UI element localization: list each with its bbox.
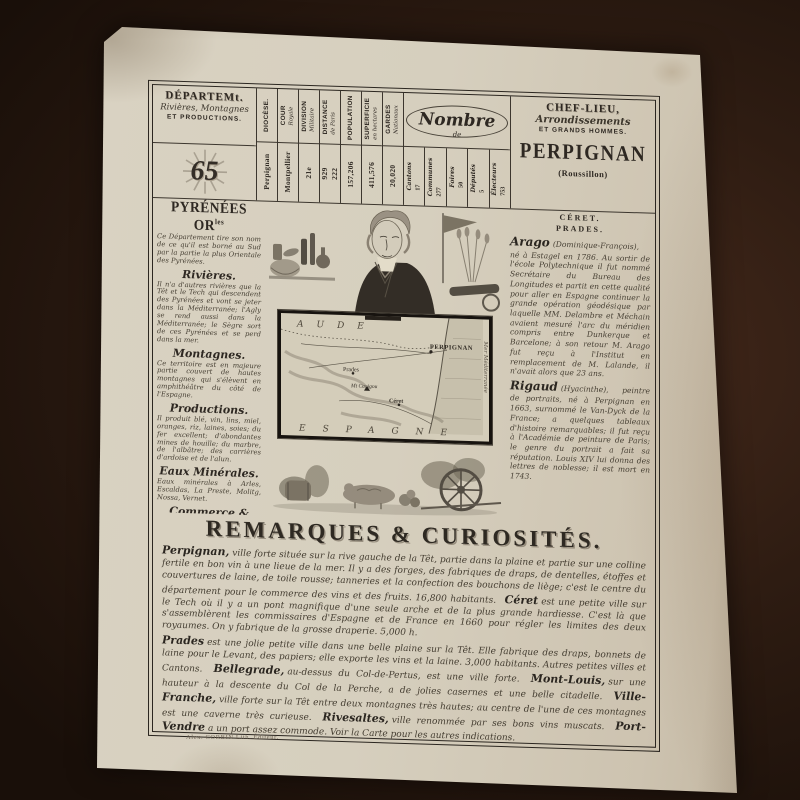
nombre-cantons: Cantons17 <box>404 147 425 206</box>
department-intro: Ce Département tire son nom de ce qu'il … <box>157 233 261 268</box>
gardes-value: 20,020 <box>388 164 398 187</box>
chef-lieu-cell: CHEF-LIEU, Arrondissements ET GRANDS HOM… <box>511 96 655 213</box>
map-sea-label: Mer Méditerranée <box>482 341 488 393</box>
map-cartouche <box>365 313 401 321</box>
map-place-canigou: Mt Canigou <box>351 383 377 390</box>
nombre-foires: Foires50 <box>447 148 468 207</box>
department-number: 65 <box>173 148 237 196</box>
produce-vignette <box>265 440 505 522</box>
map-terrain <box>281 313 483 435</box>
column-distance: DISTANCEde Paris 929222 <box>320 90 341 203</box>
cour-value: Montpellier <box>283 152 293 194</box>
portrait-arago <box>265 202 505 318</box>
lead-prades: Prades <box>162 633 204 647</box>
arrondissement-towns: CÉRET. PRADES. <box>510 210 650 237</box>
trophy-vignette <box>443 213 500 311</box>
population-value: 157,206 <box>346 161 356 188</box>
bust <box>355 210 435 315</box>
bio-rigaud-name: Rigaud <box>510 378 558 394</box>
nombre-ornament: Nombre de <box>406 103 509 138</box>
department-header-cell: DÉPARTEMt. Rivières, Montagnes ET PRODUC… <box>153 85 257 200</box>
column-population: POPULATION 157,206 <box>341 91 362 204</box>
department-name: PYRÉNÉES ORles <box>157 198 261 236</box>
header-table: DÉPARTEMt. Rivières, Montagnes ET PRODUC… <box>153 85 655 214</box>
distance-value2: 222 <box>330 168 340 180</box>
nombre-de: de <box>453 130 462 138</box>
diocese-value: Perpignan <box>262 153 272 189</box>
photo-background: DÉPARTEMt. Rivières, Montagnes ET PRODUC… <box>0 0 800 800</box>
division-value: 21e <box>304 167 314 179</box>
department-header-text: DÉPARTEMt. Rivières, Montagnes ET PRODUC… <box>153 85 256 146</box>
nombre-communes: Communes277 <box>425 148 446 207</box>
engraved-plate: DÉPARTEMt. Rivières, Montagnes ET PRODUC… <box>152 84 656 748</box>
nombre-deputes: Députés5 <box>468 149 489 208</box>
lead-perpignan: Perpignan, <box>162 543 229 558</box>
still-life-vignette <box>269 232 335 281</box>
nombre-electeurs: Électeurs753 <box>490 150 510 209</box>
bio-rigaud: Rigaud(Hyacinthe), peintre de portraits,… <box>510 378 650 485</box>
distance-value: 929 <box>320 167 330 179</box>
bio-arago: Arago(Dominique-François), né à Estagel … <box>510 235 650 381</box>
map-place-prades: Prades <box>343 367 359 374</box>
department-map: AUDE ESPAGNE Mer Méditerranée PERPIGNAN … <box>278 310 492 445</box>
column-gardes: GARDESNationaux 20,020 <box>383 92 404 205</box>
right-text-column: CÉRET. PRADES. Arago(Dominique-François)… <box>505 209 655 528</box>
department-number-block: 65 <box>153 143 256 200</box>
nombre-word: Nombre <box>419 109 496 131</box>
diocese-label: DIOCÈSE. <box>263 98 272 132</box>
nombre-group: Nombre de Cantons17 Communes277 Foires50… <box>404 93 511 208</box>
left-text-column: PYRÉNÉES ORles Ce Département tire son n… <box>153 198 265 516</box>
chef-lieu-city: PERPIGNAN <box>511 139 655 169</box>
bio-arago-name: Arago <box>510 235 550 250</box>
column-superficie: SUPERFICIEen hectares 411,576 <box>362 92 383 205</box>
province-name: (Roussillon) <box>511 166 655 181</box>
lead-ceret: Céret <box>505 593 539 607</box>
map-place-ceret: Céret <box>389 398 403 404</box>
map-place-perpignan: PERPIGNAN <box>430 344 473 352</box>
statistics-columns: DIOCÈSE. Perpignan COURRoyale Montpellie… <box>257 88 404 205</box>
middle-zone: PYRÉNÉES ORles Ce Département tire son n… <box>153 198 655 528</box>
lead-rivesaltes: Rivesaltes, <box>322 710 388 725</box>
column-diocese: DIOCÈSE. Perpignan <box>257 88 278 201</box>
remarks-section: Perpignan,ville forte située sur la rive… <box>153 542 655 747</box>
remarks-paragraph-2: Pradesest une jolie petite ville dans un… <box>162 633 646 746</box>
publisher-imprint: Alex. CORBIN Lith. Éditeur. <box>186 734 279 741</box>
superficie-value: 411,576 <box>367 162 377 188</box>
center-illustrations: AUDE ESPAGNE Mer Méditerranée PERPIGNAN … <box>265 202 505 524</box>
lead-mont-louis: Mont-Louis, <box>531 672 605 687</box>
column-cour: COURRoyale Montpellier <box>278 89 299 202</box>
lead-bellegrade: Bellegrade, <box>214 662 285 677</box>
remarks-paragraph-1: Perpignan,ville forte située sur la rive… <box>162 543 646 647</box>
column-division: DIVISIONMilitaire 21e <box>299 90 320 203</box>
